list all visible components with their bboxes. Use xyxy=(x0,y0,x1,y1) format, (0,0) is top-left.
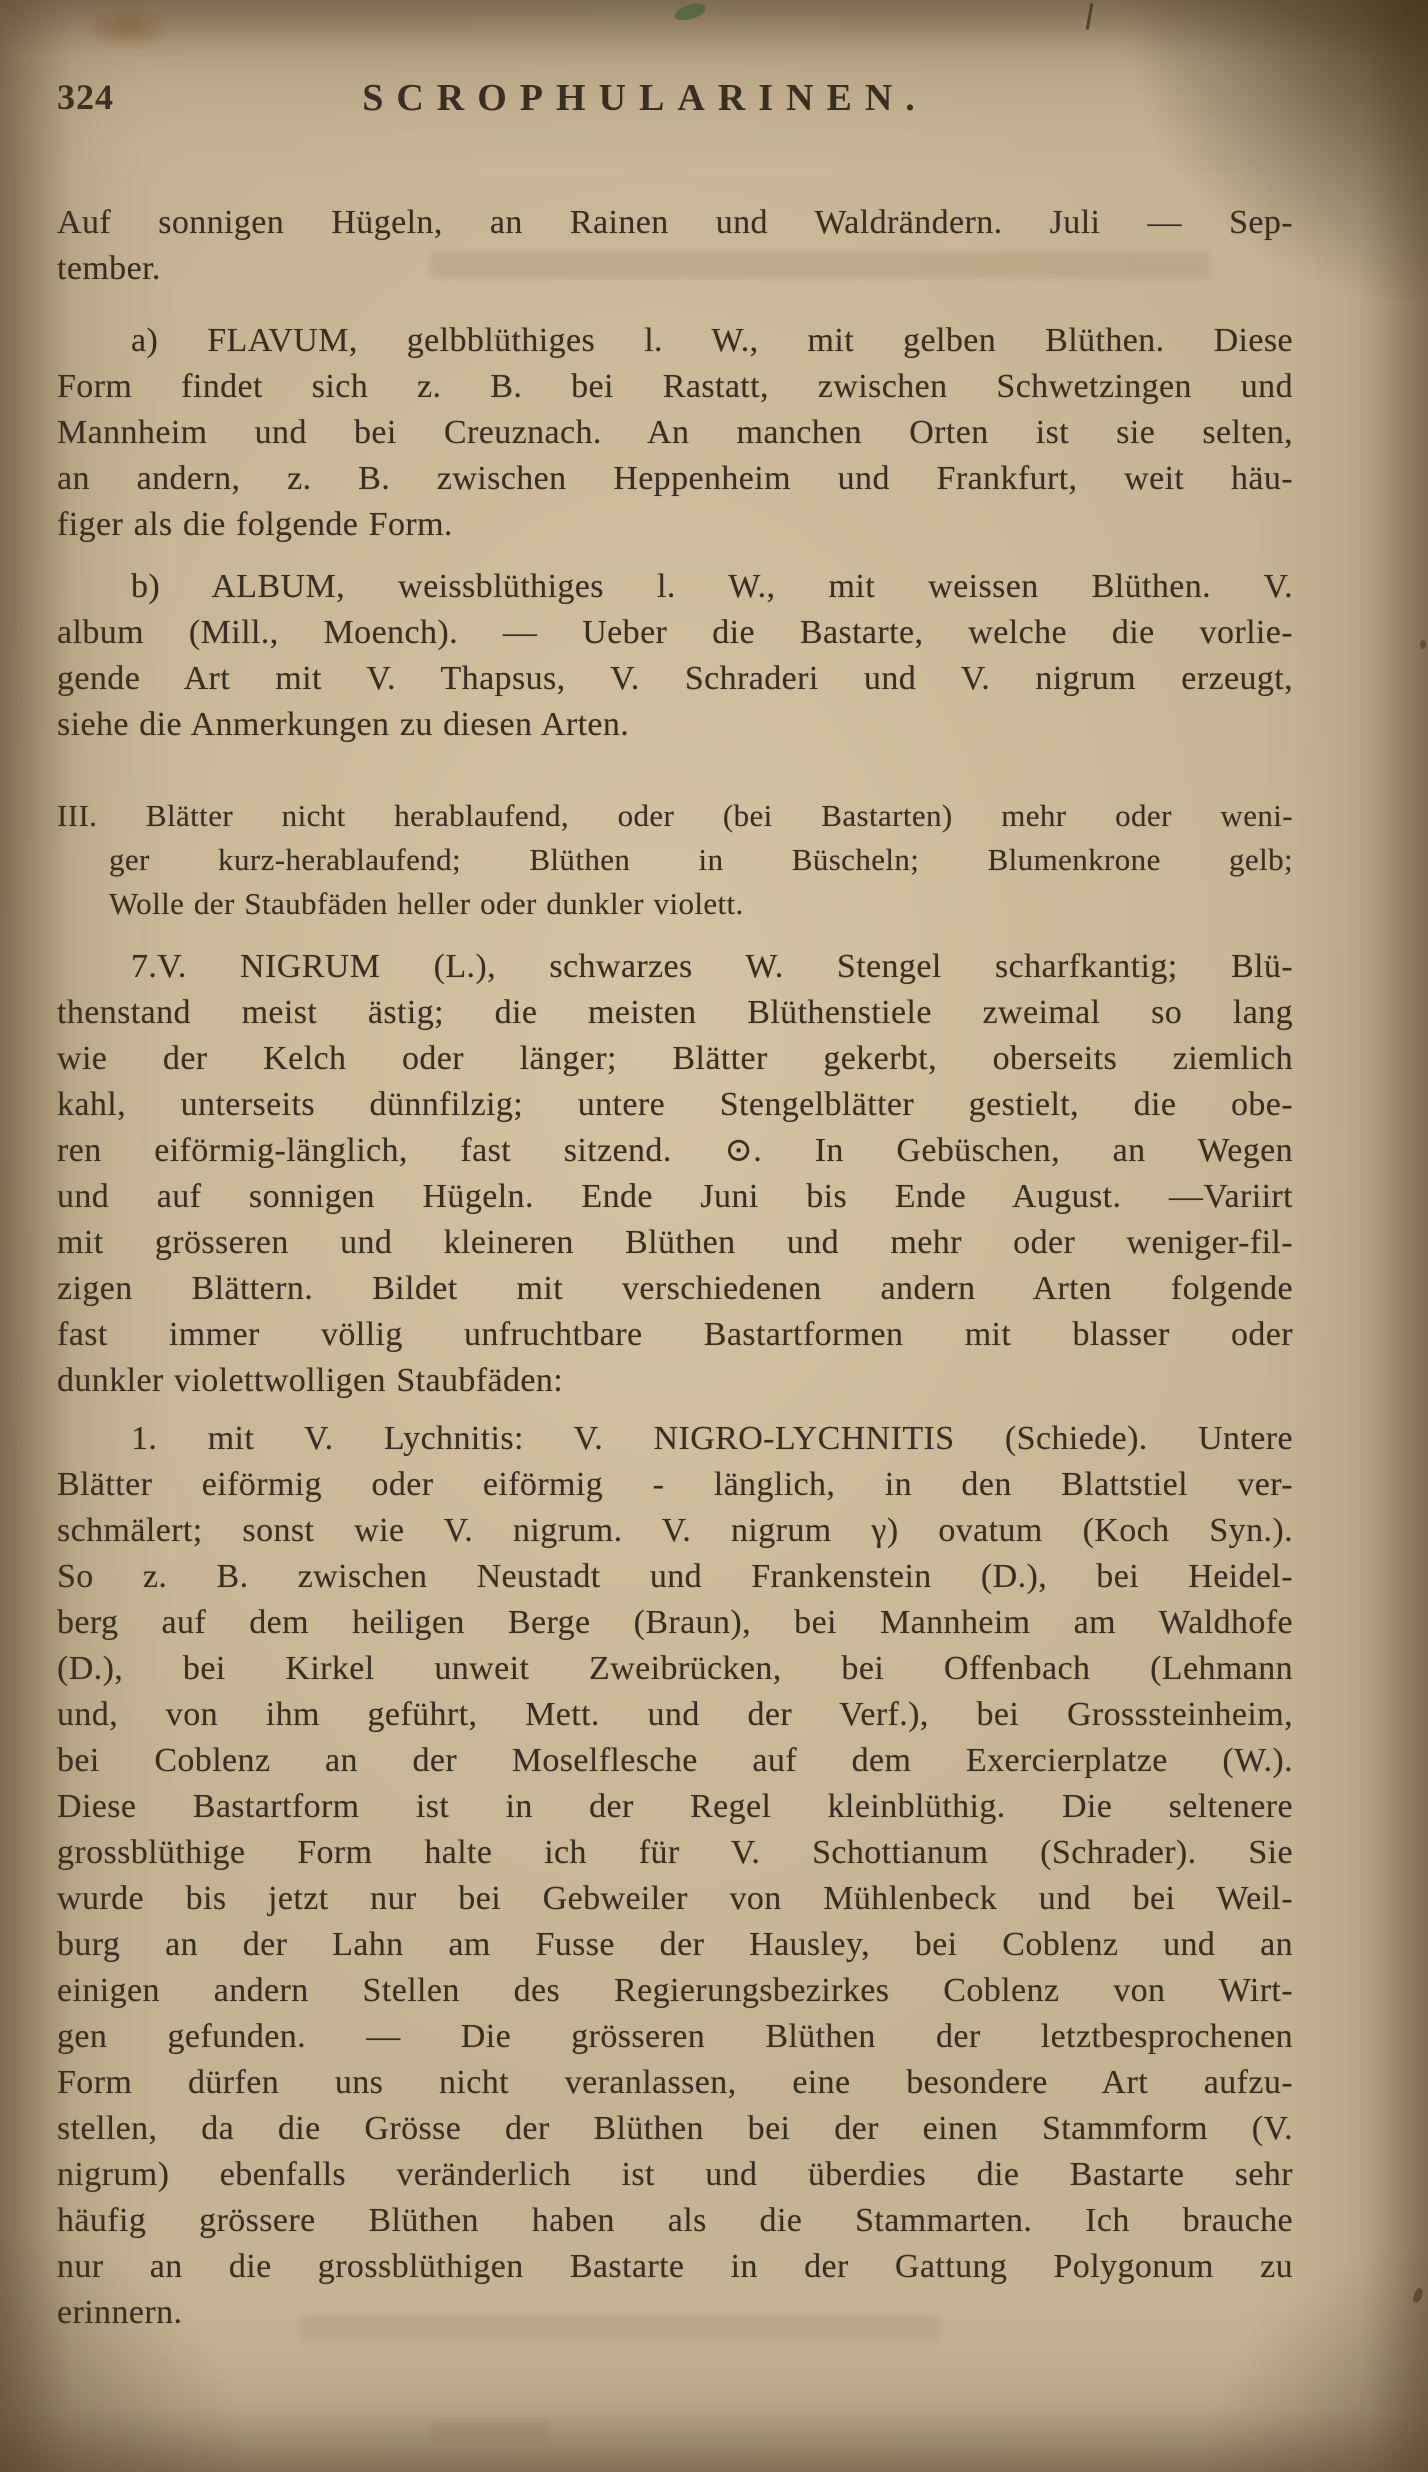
text-line: stellen, da die Grösse der Blüthen bei d… xyxy=(57,2106,1293,2152)
text-line: ren eiförmig-länglich, fast sitzend. ⊙. … xyxy=(57,1128,1293,1174)
running-title: SCROPHULARINEN. xyxy=(0,76,1290,120)
text-line: So z. B. zwischen Neustadt und Frankenst… xyxy=(57,1554,1293,1600)
ink-speck xyxy=(1420,640,1426,649)
text-line: burg an der Lahn am Fusse der Hausley, b… xyxy=(57,1922,1293,1968)
ink-mark xyxy=(1086,3,1094,30)
text-line: Form dürfen uns nicht veranlassen, eine … xyxy=(57,2060,1293,2106)
paper-stain xyxy=(84,4,174,50)
text-line: fast immer völlig unfruchtbare Bastartfo… xyxy=(57,1312,1293,1358)
text-line: gen gefunden. — Die grösseren Blüthen de… xyxy=(57,2014,1293,2060)
text-line: kahl, unterseits dünnfilzig; untere Sten… xyxy=(57,1082,1293,1128)
text-line: Blätter eiförmig oder eiförmig - länglic… xyxy=(57,1462,1293,1508)
text-line: 7.V. NIGRUM (L.), schwarzes W. Stengel s… xyxy=(57,944,1293,990)
text-line: an andern, z. B. zwischen Heppenheim und… xyxy=(57,456,1293,502)
paragraph-habitat-note: Auf sonnigen Hügeln, an Rainen und Waldr… xyxy=(57,200,1293,292)
text-line: Form findet sich z. B. bei Rastatt, zwis… xyxy=(57,364,1293,410)
paragraph-section-iii-key: III. Blätter nicht herablaufend, oder (b… xyxy=(57,794,1293,926)
text-line: gende Art mit V. Thapsus, V. Schraderi u… xyxy=(57,656,1293,702)
text-line: nur an die grossblüthigen Bastarte in de… xyxy=(57,2244,1293,2290)
paragraph-species-7-v-nigrum: 7.V. NIGRUM (L.), schwarzes W. Stengel s… xyxy=(57,944,1293,1404)
text-line: dunkler violettwolligen Staubfäden: xyxy=(57,1358,1293,1404)
text-line: wurde bis jetzt nur bei Gebweiler von Mü… xyxy=(57,1876,1293,1922)
paragraph-variety-a-flavum: a) FLAVUM, gelbblüthiges l. W., mit gelb… xyxy=(57,318,1293,548)
text-line: (D.), bei Kirkel unweit Zweibrücken, bei… xyxy=(57,1646,1293,1692)
text-line: Auf sonnigen Hügeln, an Rainen und Waldr… xyxy=(57,200,1293,246)
ink-speck xyxy=(1412,2287,1424,2304)
text-line: häufig grössere Blüthen haben als die St… xyxy=(57,2198,1293,2244)
page-text: Auf sonnigen Hügeln, an Rainen und Waldr… xyxy=(57,200,1293,2336)
text-line: schmälert; sonst wie V. nigrum. V. nigru… xyxy=(57,1508,1293,1554)
text-line: a) FLAVUM, gelbblüthiges l. W., mit gelb… xyxy=(57,318,1293,364)
page-header: 324 SCROPHULARINEN. xyxy=(0,76,1428,128)
text-line: erinnern. xyxy=(57,2290,1293,2336)
scanned-book-page: { "page": { "number": "324", "header_tit… xyxy=(0,0,1428,2472)
text-line: berg auf dem heiligen Berge (Braun), bei… xyxy=(57,1600,1293,1646)
text-line: b) ALBUM, weissblüthiges l. W., mit weis… xyxy=(57,564,1293,610)
text-line: einigen andern Stellen des Regierungsbez… xyxy=(57,1968,1293,2014)
paragraph-hybrid-1-nigro-lychnitis: 1. mit V. Lychnitis: V. NIGRO-LYCHNITIS … xyxy=(57,1416,1293,2336)
text-line: album (Mill., Moench). — Ueber die Basta… xyxy=(57,610,1293,656)
text-line: Mannheim und bei Creuznach. An manchen O… xyxy=(57,410,1293,456)
text-line: nigrum) ebenfalls veränderlich ist und ü… xyxy=(57,2152,1293,2198)
text-line: 1. mit V. Lychnitis: V. NIGRO-LYCHNITIS … xyxy=(57,1416,1293,1462)
paragraph-variety-b-album: b) ALBUM, weissblüthiges l. W., mit weis… xyxy=(57,564,1293,748)
text-line: und auf sonnigen Hügeln. Ende Juni bis E… xyxy=(57,1174,1293,1220)
text-line: siehe die Anmerkungen zu diesen Arten. xyxy=(57,702,1293,748)
text-line: ger kurz-herablaufend; Blüthen in Büsche… xyxy=(57,838,1293,882)
text-line: mit grösseren und kleineren Blüthen und … xyxy=(57,1220,1293,1266)
ink-speck-green xyxy=(673,1,707,22)
text-line: figer als die folgende Form. xyxy=(57,502,1293,548)
text-line: grossblüthige Form halte ich für V. Scho… xyxy=(57,1830,1293,1876)
text-line: tember. xyxy=(57,246,1293,292)
text-line: III. Blätter nicht herablaufend, oder (b… xyxy=(57,794,1293,838)
text-line: und, von ihm geführt, Mett. und der Verf… xyxy=(57,1692,1293,1738)
text-line: Wolle der Staubfäden heller oder dunkler… xyxy=(57,882,1293,926)
bleed-through-text xyxy=(430,2420,550,2442)
text-line: Diese Bastartform ist in der Regel klein… xyxy=(57,1784,1293,1830)
text-line: wie der Kelch oder länger; Blätter geker… xyxy=(57,1036,1293,1082)
text-line: thenstand meist ästig; die meisten Blüth… xyxy=(57,990,1293,1036)
text-line: bei Coblenz an der Moselflesche auf dem … xyxy=(57,1738,1293,1784)
text-line: zigen Blättern. Bildet mit verschiedenen… xyxy=(57,1266,1293,1312)
